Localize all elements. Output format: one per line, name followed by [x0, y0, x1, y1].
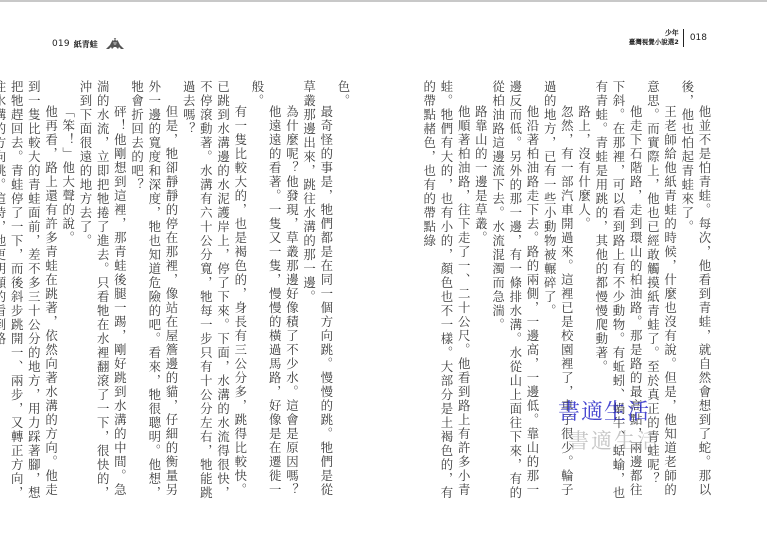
- paragraph: 他順著柏油路，往下走了一、二十公尺。他看到路上有許多小青蛙。牠們有大的，也有小的…: [421, 80, 473, 510]
- paragraph: 砰！他剛想到這裡，那青蛙後腿一踢，剛好跳到水溝的中間。急湍的水流，立即把牠捲了進…: [77, 80, 129, 510]
- right-page-number: 018: [690, 33, 707, 43]
- paragraph: 他遠遠的看著。一隻又一隻，慢慢的橫過馬路，好像是在遷徙一般。: [249, 80, 283, 510]
- chapter-title: 紙青蛙: [74, 39, 98, 50]
- series-title-top: 少年: [665, 29, 679, 38]
- paragraph: 路上，沒有什麼人。: [575, 80, 592, 510]
- frog-icon: [104, 37, 126, 51]
- series-title-bottom: 臺灣視覺小說選2: [629, 38, 679, 47]
- left-page-number: 019: [52, 39, 70, 49]
- paragraph: 「笨！」他大聲的說。: [60, 80, 77, 510]
- left-page-header: 019 紙青蛙: [52, 37, 126, 51]
- paragraph: 色。: [335, 80, 352, 510]
- paragraph: 路靠山的一邊是草叢。: [472, 80, 489, 510]
- paragraph: 有一隻比較大的，也是褐色的，身長有三公分多，跳得比較快。已跳到水溝邊的水泥護岸上…: [180, 80, 249, 510]
- paragraph: 但是，牠卻靜靜的停在那裡，像站在屋簷邊的貓，仔細的衡量另外一邊的寬度和深度，牠也…: [128, 80, 180, 510]
- left-page-body: 色。 最奇怪的事是，牠們都是在同一個方向跳。慢慢的跳。牠們是從草叢那邊出來，跳往…: [52, 80, 352, 510]
- paragraph: 為什麼呢？他發現，草叢那邊好像積了不少水。這會是原因嗎？: [283, 80, 300, 510]
- paragraph: 最奇怪的事是，牠們都是在同一個方向跳。慢慢的跳。牠們是從草叢那邊出來，跳往水溝的…: [300, 80, 334, 510]
- paragraph: 他沿著柏油路走下去。路的兩側，一邊高，一邊低。靠山的那一邊反而低。另外的那一邊，…: [489, 80, 541, 510]
- paragraph: 王老師給他紙青蛙的時候，什麼也沒有說。但是，他知道老師的意思。而實際上，他也已經…: [644, 80, 678, 510]
- paragraph: 他再看，路上還有許多青蛙在跳著，依然向著水溝的方向。他走到一隻比較大的青蛙面前，…: [0, 80, 60, 510]
- series-title: 少年 臺灣視覺小說選2: [629, 29, 684, 47]
- paragraph: 忽然，有一部汽車開過來。這裡已是校園裡了，車子很少。輪子過的地方，已有一些小動物…: [541, 80, 575, 510]
- paragraph: 他走下石階路，走到環山的柏油路。那是路的最高點，兩邊都往下斜。在那裡，可以看到路…: [593, 80, 645, 510]
- top-border: [0, 0, 767, 2]
- right-page-body: 他並不是怕青蛙。每次，他看到青蛙，就自然會想到了蛇。那以後，他也怕起青蛙來了。 …: [423, 80, 713, 510]
- paragraph: 他並不是怕青蛙。每次，他看到青蛙，就自然會想到了蛇。那以後，他也怕起青蛙來了。: [679, 80, 713, 510]
- right-page-header: 少年 臺灣視覺小說選2 018: [629, 29, 707, 47]
